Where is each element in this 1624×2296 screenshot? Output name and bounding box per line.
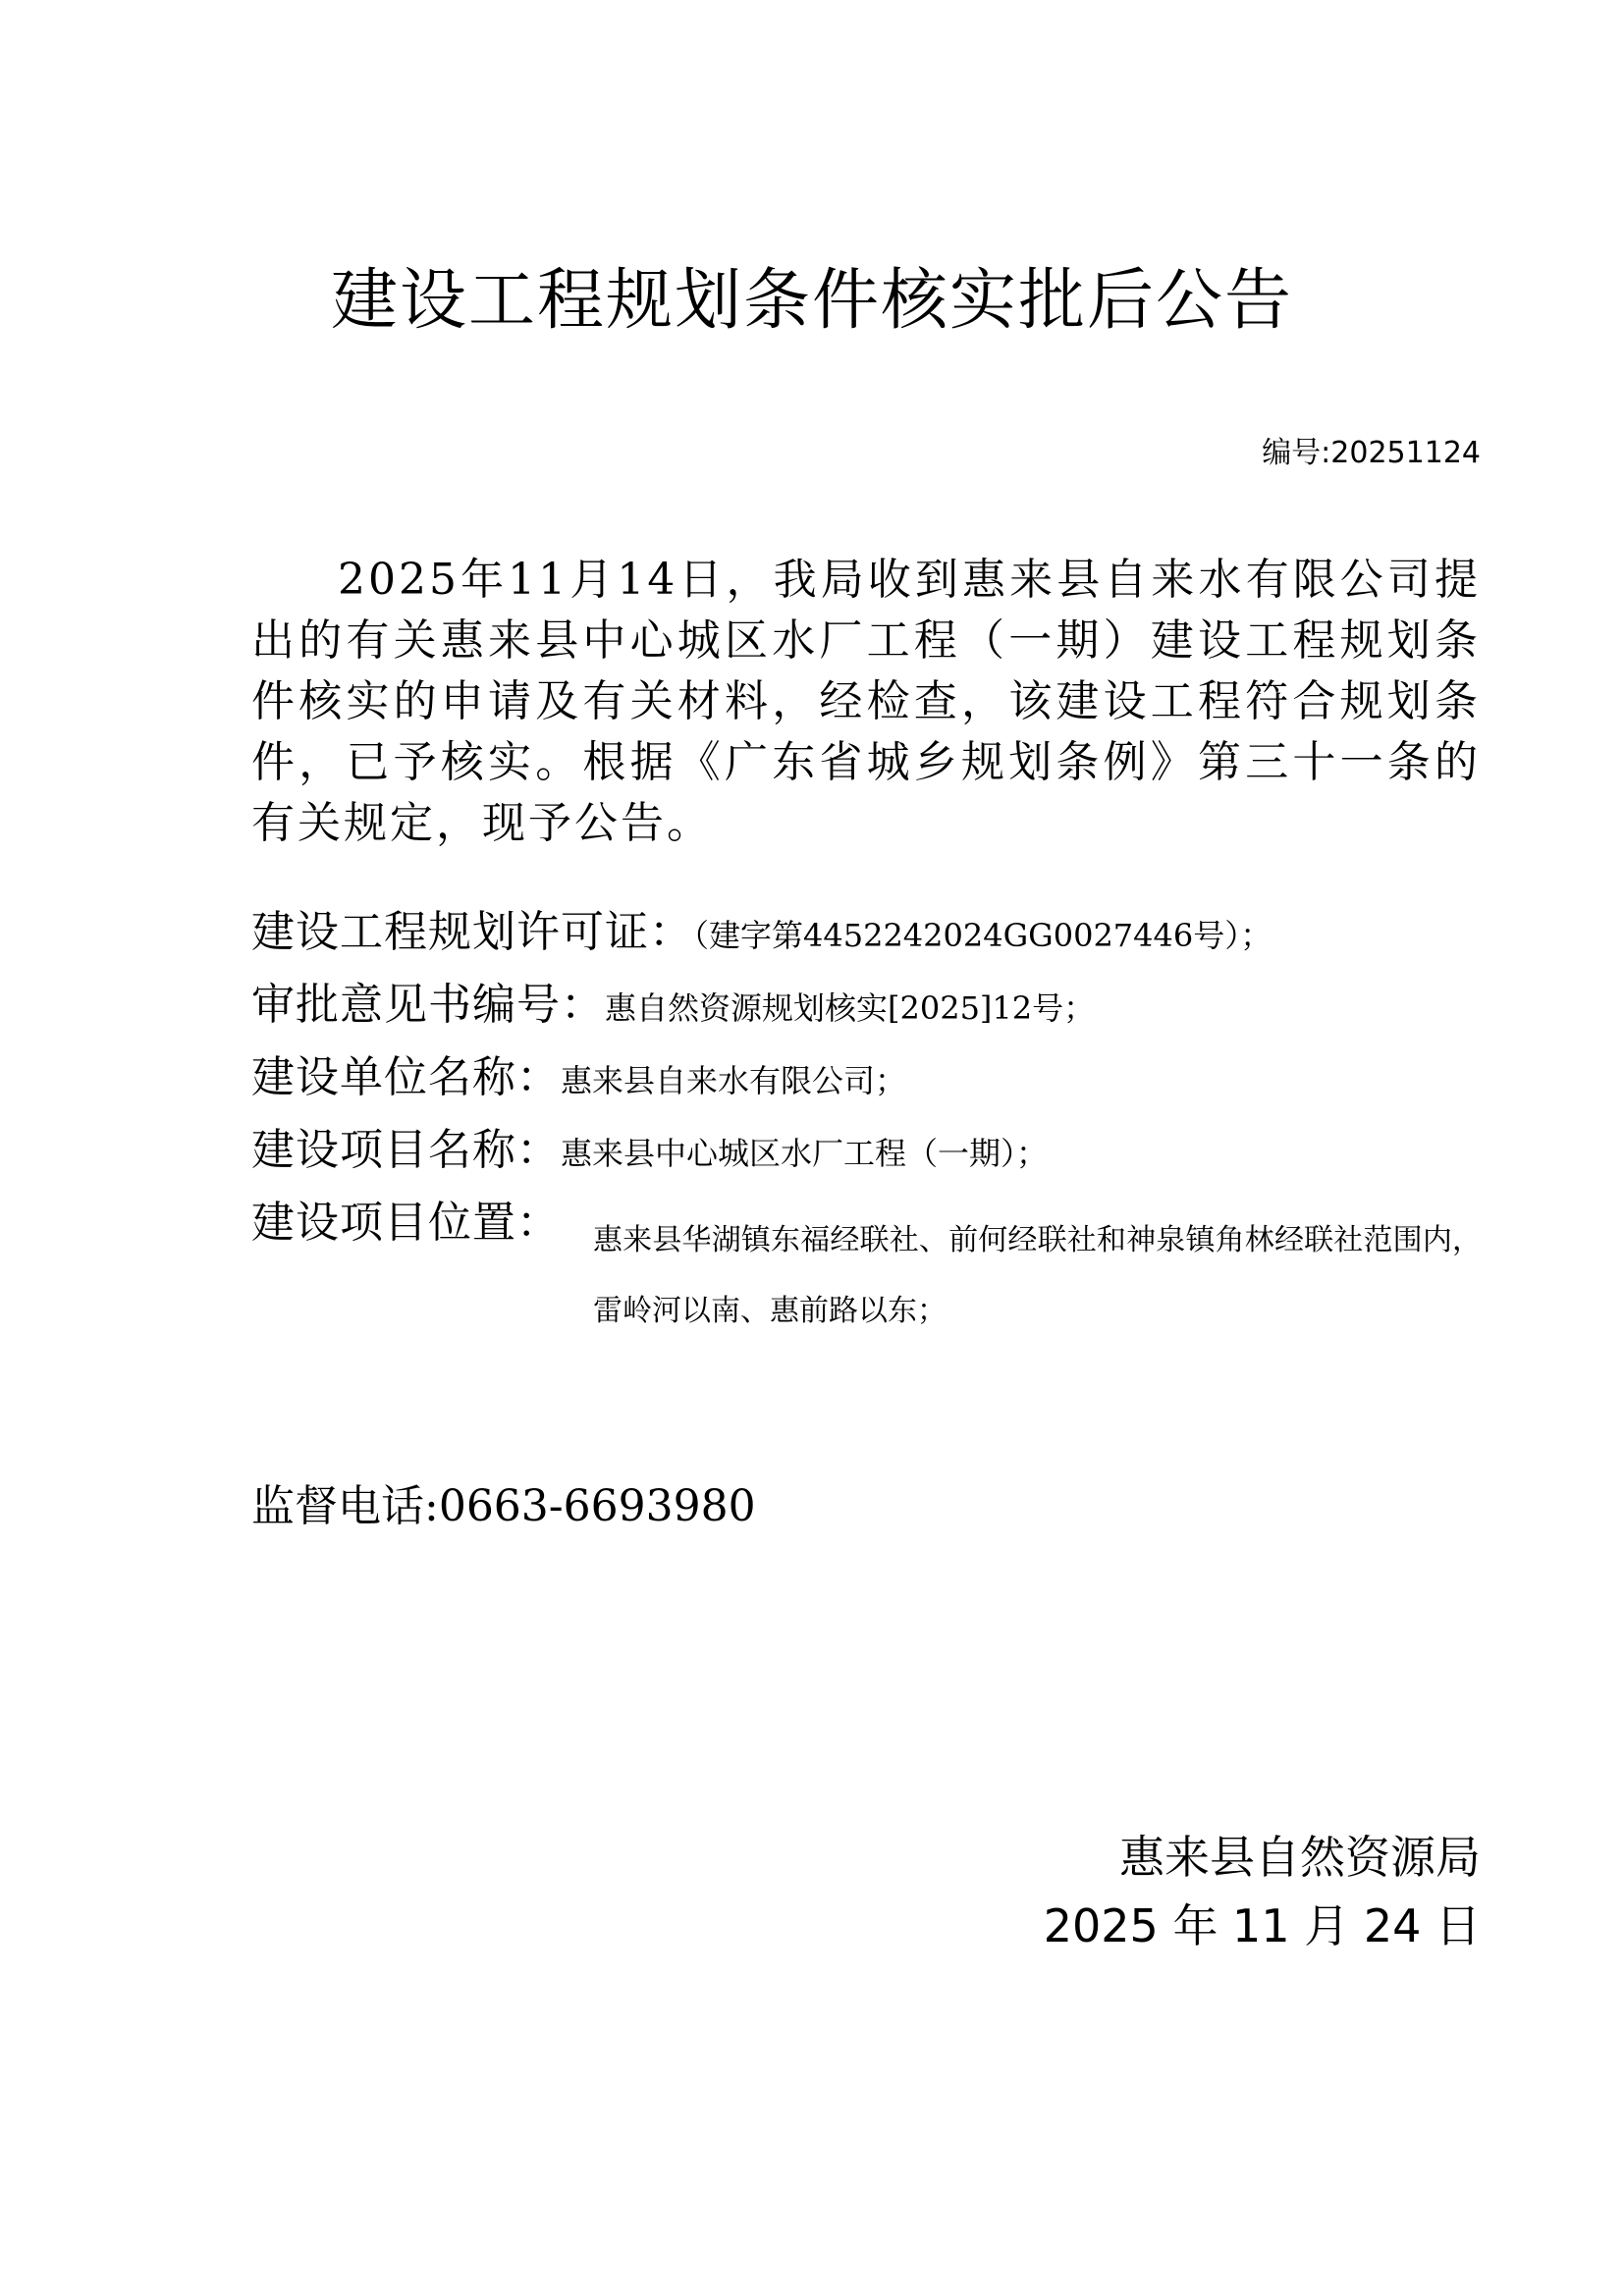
document-title: 建设工程规划条件核实批后公告 — [0, 257, 1624, 346]
field-value: （建字第4452242024GG0027446号）； — [693, 917, 1272, 954]
signature-date: 2025 年 11 月 24 日 — [1044, 1896, 1481, 1955]
field-location-value: 惠来县华湖镇东福经联社、前何经联社和神泉镇角林经联社范围内，雷岭河以南、惠前路以… — [593, 1205, 1482, 1347]
field-approval-number: 审批意见书编号：惠自然资源规划核实[2025]12号； — [251, 976, 1095, 1038]
supervision-phone: 监督电话:0663-6693980 — [251, 1477, 756, 1536]
field-project-location: 建设项目位置： — [251, 1194, 561, 1253]
signature-organization: 惠来县自然资源局 — [1119, 1828, 1481, 1887]
field-label: 建设单位名称： — [251, 1052, 561, 1102]
field-label: 审批意见书编号： — [251, 980, 605, 1030]
field-label: 建设项目名称： — [251, 1125, 561, 1175]
document-number: 编号:20251124 — [1262, 432, 1481, 475]
field-value: 惠来县自来水有限公司； — [561, 1062, 906, 1099]
body-paragraph: 2025年11月14日，我局收到惠来县自来水有限公司提出的有关惠来县中心城区水厂… — [251, 550, 1481, 854]
field-value: 惠来县中心城区水厂工程（一期）； — [561, 1135, 1048, 1172]
field-permit: 建设工程规划许可证：（建字第4452242024GG0027446号）； — [251, 903, 1272, 965]
field-project-name: 建设项目名称：惠来县中心城区水厂工程（一期）； — [251, 1121, 1048, 1183]
field-label: 建设工程规划许可证： — [251, 907, 693, 957]
field-label: 建设项目位置： — [251, 1198, 561, 1248]
field-builder-name: 建设单位名称：惠来县自来水有限公司； — [251, 1048, 906, 1110]
field-value: 惠自然资源规划核实[2025]12号； — [605, 989, 1095, 1027]
